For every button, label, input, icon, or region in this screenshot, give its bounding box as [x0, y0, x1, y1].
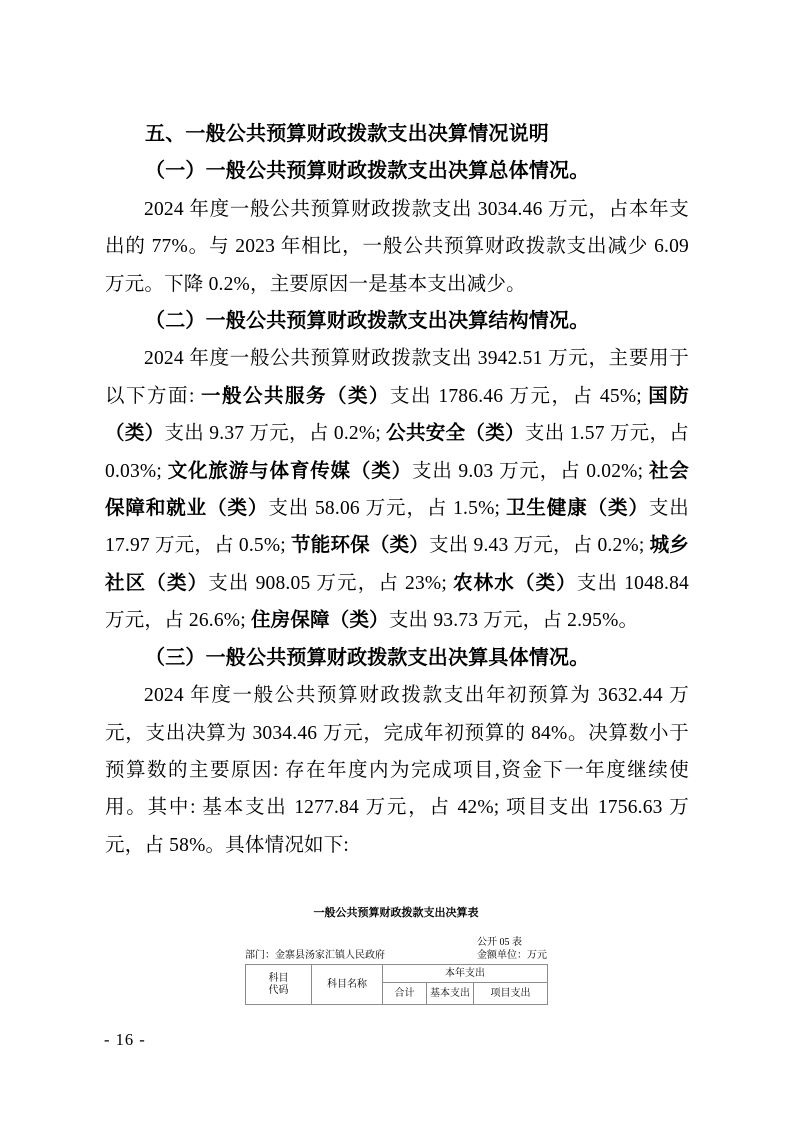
section-3-paragraph: 2024 年度一般公共预算财政拨款支出年初预算为 3632.44 万元，支出决算… [105, 677, 689, 864]
category-name: 公共安全（类） [386, 423, 525, 444]
budget-table-block: 一般公共预算财政拨款支出决算表 部门：金寨县汤家汇镇人民政府 公开 05 表 金… [245, 906, 547, 1005]
section-1-paragraph: 2024 年度一般公共预算财政拨款支出 3034.46 万元，占本年支出的 77… [105, 191, 689, 303]
budget-table: 科目 代码 科目名称 本年支出 合计 基本支出 项目支出 [245, 964, 548, 1005]
text-segment: 支出 9.03 万元，占 0.02%; [412, 461, 649, 482]
category-name: 一般公共服务（类） [201, 386, 390, 407]
header-basic-expenditure: 基本支出 [427, 983, 474, 1005]
header-project-expenditure: 项目支出 [474, 983, 548, 1005]
header-subject-name: 科目名称 [312, 965, 383, 1005]
header-subject-code-line2: 代码 [246, 985, 311, 997]
form-number-label: 公开 05 表 [477, 936, 547, 949]
text-segment: 支出 93.73 万元，占 2.95%。 [389, 610, 638, 631]
category-name: 农林水（类） [453, 573, 577, 594]
header-subject-code-line1: 科目 [246, 973, 311, 985]
section-1-heading: （一）一般公共预算财政拨款支出决算总体情况。 [105, 153, 689, 190]
document-body: 五、一般公共预算财政拨款支出决算情况说明 （一）一般公共预算财政拨款支出决算总体… [105, 116, 689, 864]
table-meta: 部门：金寨县汤家汇镇人民政府 公开 05 表 金额单位：万元 [245, 936, 547, 962]
department-label: 部门：金寨县汤家汇镇人民政府 [245, 949, 385, 962]
category-name: 文化旅游与体育传媒（类） [168, 461, 412, 482]
page-number: - 16 - [104, 1030, 146, 1050]
table-meta-right: 公开 05 表 金额单位：万元 [477, 936, 547, 962]
section-2-paragraph: 2024 年度一般公共预算财政拨款支出 3942.51 万元，主要用于以下方面:… [105, 340, 689, 639]
section-2-heading: （二）一般公共预算财政拨款支出决算结构情况。 [105, 303, 689, 340]
header-current-year-expenditure: 本年支出 [383, 965, 548, 983]
header-subject-code: 科目 代码 [246, 965, 312, 1005]
text-segment: 支出 58.06 万元，占 1.5%; [268, 498, 506, 519]
text-segment: 支出 1786.46 万元，占 45%; [390, 386, 648, 407]
header-total: 合计 [383, 983, 427, 1005]
main-heading: 五、一般公共预算财政拨款支出决算情况说明 [105, 116, 689, 153]
category-name: 住房保障（类） [251, 610, 389, 631]
category-name: 卫生健康（类） [506, 498, 649, 519]
text-segment: 支出 9.43 万元，占 0.2%; [429, 535, 650, 556]
document-page: 五、一般公共预算财政拨款支出决算情况说明 （一）一般公共预算财政拨款支出决算总体… [0, 0, 793, 1122]
text-segment: 支出 9.37 万元，占 0.2%; [164, 423, 386, 444]
text-segment: 支出 908.05 万元，占 23%; [208, 573, 453, 594]
category-name: 节能环保（类） [291, 535, 429, 556]
unit-label: 金额单位：万元 [477, 949, 547, 962]
table-title: 一般公共预算财政拨款支出决算表 [245, 906, 547, 920]
section-3-heading: （三）一般公共预算财政拨款支出决算具体情况。 [105, 640, 689, 677]
